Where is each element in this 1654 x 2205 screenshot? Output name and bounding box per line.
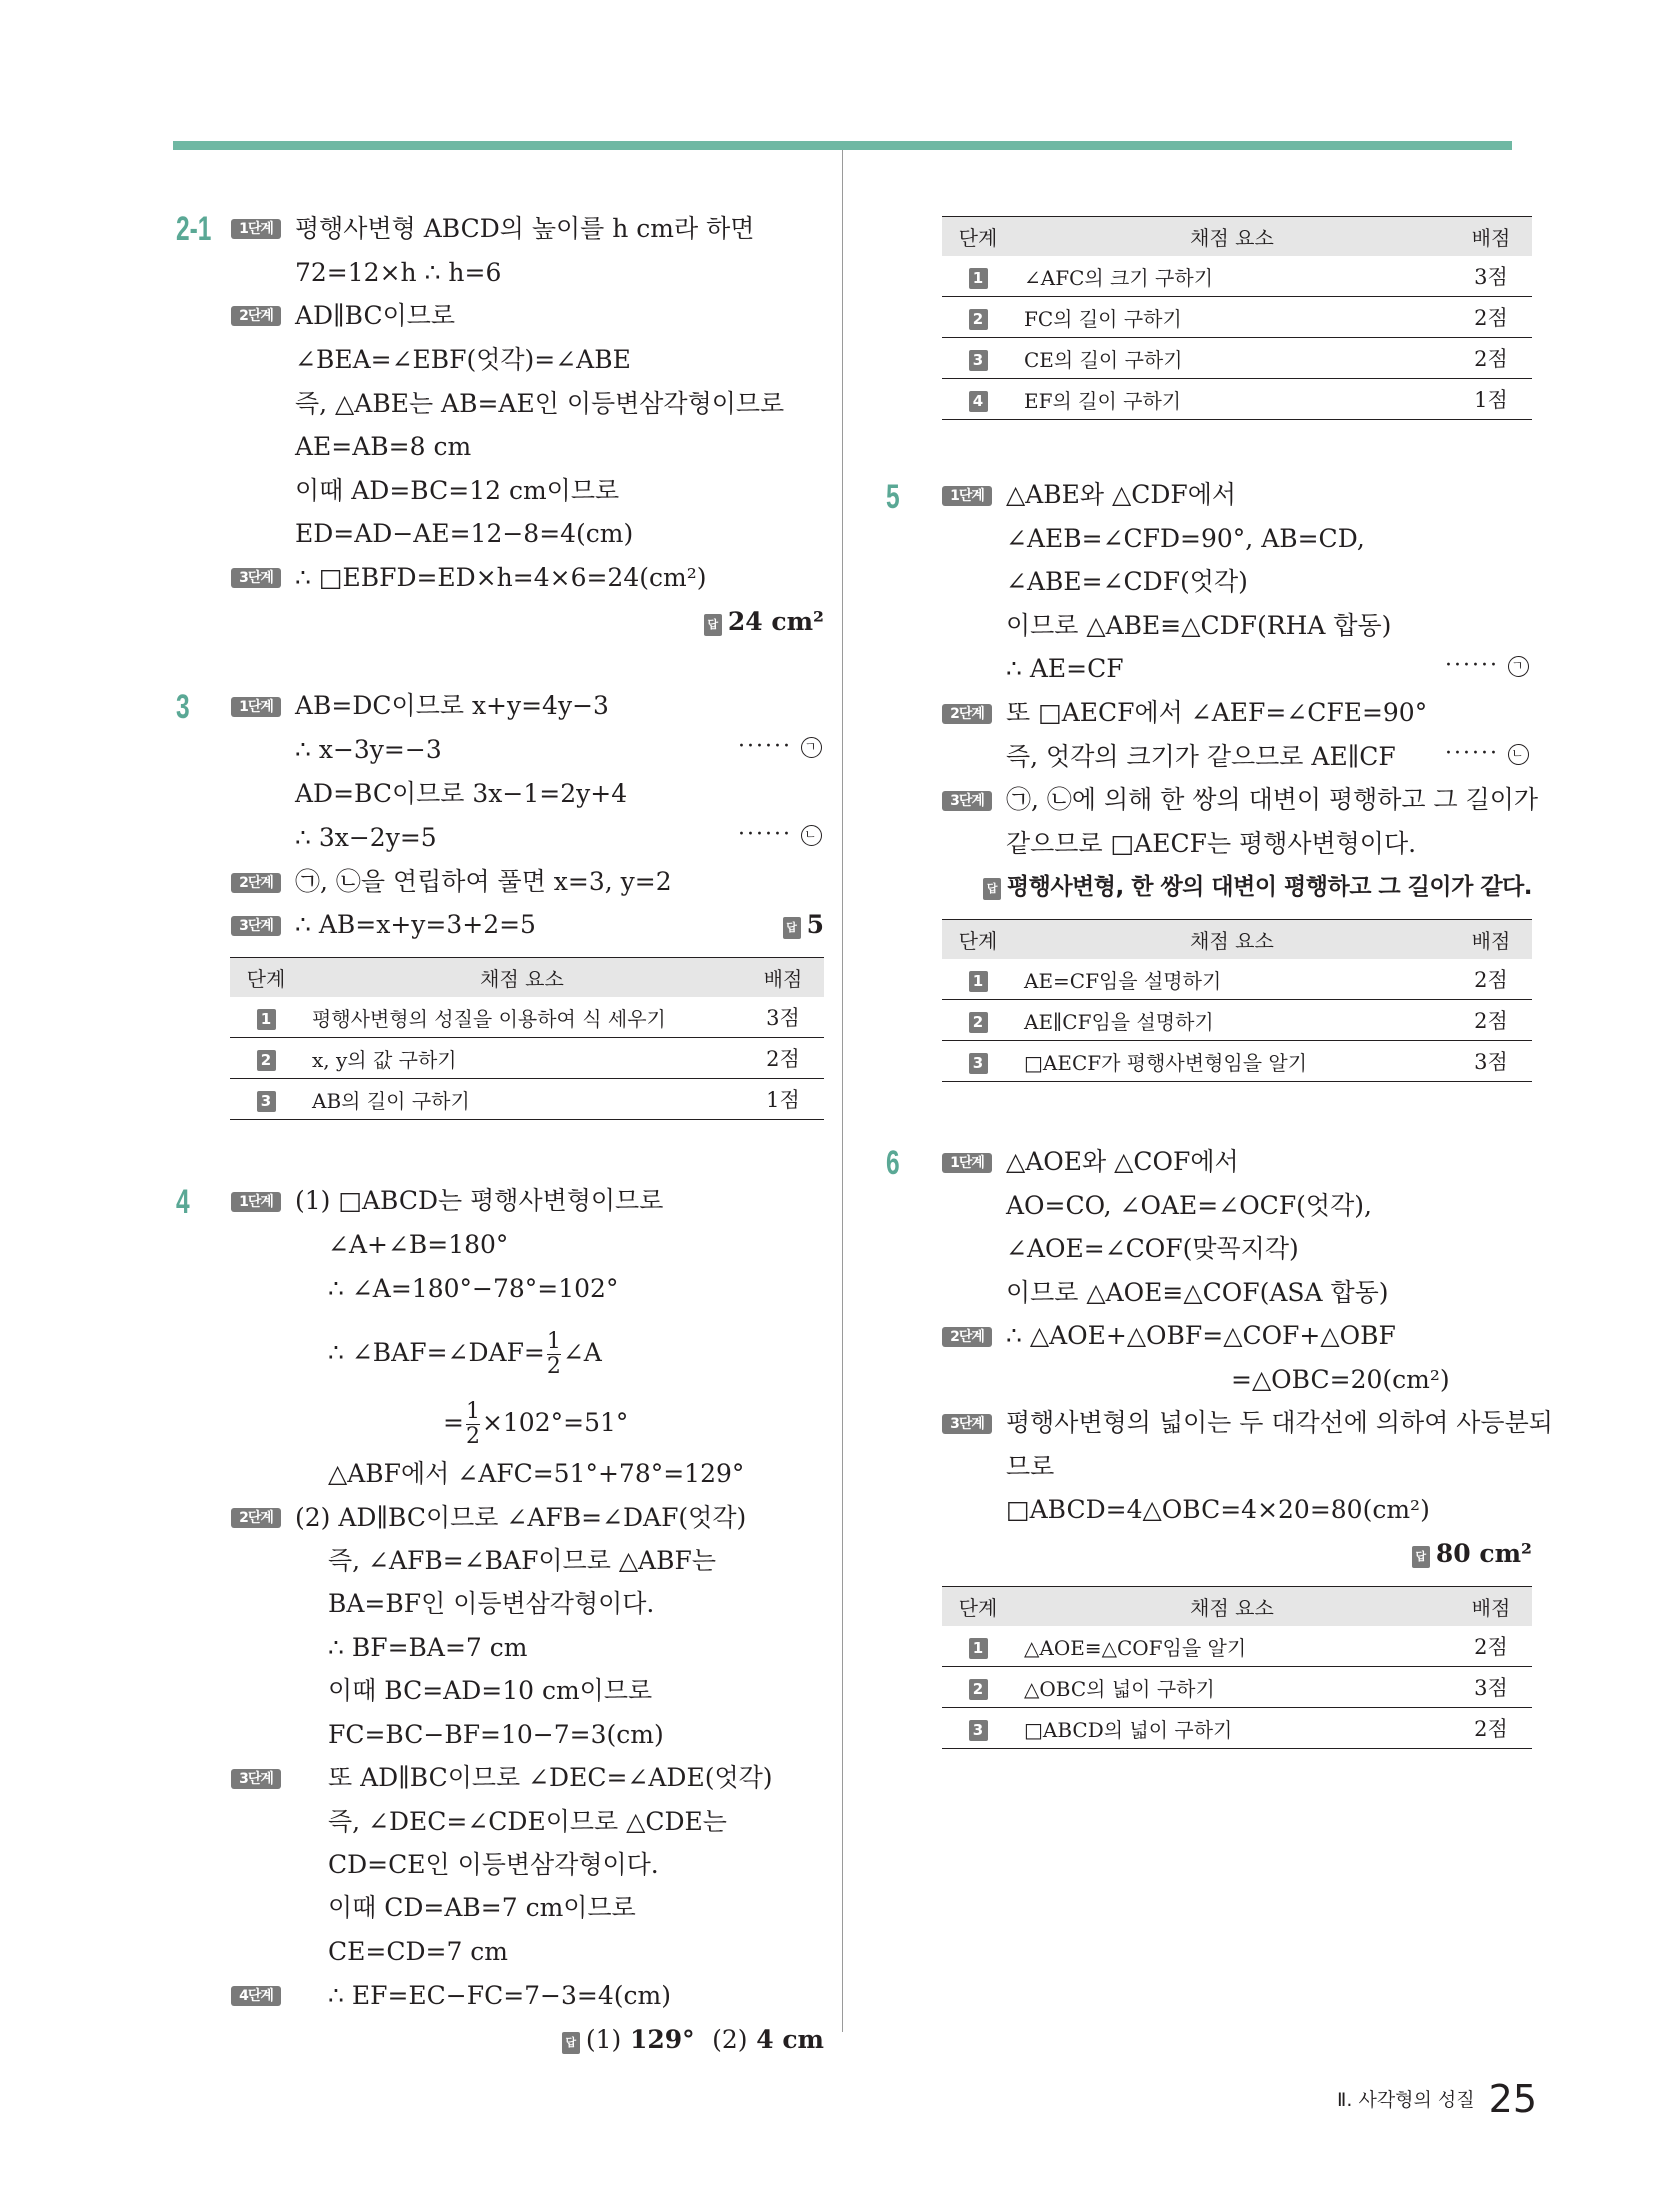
header-element: 채점 요소 bbox=[1014, 1587, 1450, 1627]
answer: 답24 cm² bbox=[704, 606, 824, 638]
answer-value: 80 cm² bbox=[1436, 1539, 1532, 1568]
scoring-table: 단계 채점 요소 배점 1△AOE≡△COF임을 알기2점 2△OBC의 넓이 … bbox=[942, 1586, 1532, 1749]
table-row: 4EF의 길이 구하기1점 bbox=[942, 379, 1532, 420]
problem-number: 2-1 bbox=[176, 212, 211, 246]
solution-line: ∴ x−3y=−3 bbox=[295, 734, 442, 766]
table-row: 2AE∥CF임을 설명하기2점 bbox=[942, 1000, 1532, 1041]
answer: 답5 bbox=[783, 909, 824, 941]
marker-giyeok: ㄱ bbox=[801, 737, 822, 758]
table-row: 3□ABCD의 넓이 구하기2점 bbox=[942, 1708, 1532, 1749]
marker-nieun: ㄴ bbox=[1508, 744, 1529, 765]
header-element: 채점 요소 bbox=[1014, 217, 1450, 257]
answer-value: 5 bbox=[807, 910, 824, 939]
solution-line: 므로 bbox=[1006, 1451, 1054, 1483]
step-badge-1: 1단계 bbox=[942, 1153, 992, 1173]
solution-line: =△OBC=20(cm²) bbox=[1231, 1364, 1450, 1396]
header-element: 채점 요소 bbox=[1014, 920, 1450, 960]
step-badge-3: 3단계 bbox=[942, 1414, 992, 1434]
solution-line: (2) AD∥BC이므로 ∠AFB=∠DAF(엇각) bbox=[295, 1502, 746, 1534]
table-row: 1평행사변형의 성질을 이용하여 식 세우기3점 bbox=[230, 997, 824, 1038]
step-badge-3: 3단계 bbox=[231, 916, 281, 936]
step-badge-1: 1단계 bbox=[942, 486, 992, 506]
header-step: 단계 bbox=[942, 920, 1014, 960]
header-accent-bar bbox=[173, 141, 1512, 150]
solution-line: ∴ △AOE+△OBF=△COF+△OBF bbox=[1006, 1320, 1396, 1352]
step-badge-1: 1단계 bbox=[231, 697, 281, 717]
header-step: 단계 bbox=[942, 217, 1014, 257]
answer: 답평행사변형, 한 쌍의 대변이 평행하고 그 길이가 같다. bbox=[983, 871, 1532, 903]
table-row: 2FC의 길이 구하기2점 bbox=[942, 297, 1532, 338]
solution-line: 이때 AD=BC=12 cm이므로 bbox=[295, 475, 619, 507]
scoring-table: 단계 채점 요소 배점 1AE=CF임을 설명하기2점 2AE∥CF임을 설명하… bbox=[942, 919, 1532, 1082]
solution-line: ∠AEB=∠CFD=90°, AB=CD, bbox=[1006, 523, 1365, 555]
equation-marker: ······ ㄱ bbox=[738, 734, 822, 759]
solution-line: AB=DC이므로 x+y=4y−3 bbox=[295, 690, 609, 722]
table-row: 1AE=CF임을 설명하기2점 bbox=[942, 959, 1532, 1000]
problem-number: 5 bbox=[886, 480, 900, 514]
step-badge-1: 1단계 bbox=[231, 219, 281, 239]
solution-line: =12×102°=51° bbox=[443, 1400, 628, 1449]
header-points: 배점 bbox=[1450, 217, 1532, 257]
solution-line: ㉠, ㉡에 의해 한 쌍의 대변이 평행하고 그 길이가 bbox=[1006, 784, 1538, 816]
step-badge-3: 3단계 bbox=[231, 1769, 281, 1789]
answer: 답(1) 129° (2) 4 cm bbox=[562, 2024, 824, 2056]
solution-line: ∴ AE=CF bbox=[1006, 653, 1124, 685]
equation-marker: ······ ㄱ bbox=[1445, 653, 1529, 678]
solution-line: AO=CO, ∠OAE=∠OCF(엇각), bbox=[1006, 1190, 1372, 1222]
solution-line: ∠A+∠B=180° bbox=[328, 1229, 508, 1261]
marker-giyeok: ㄱ bbox=[1508, 656, 1529, 677]
solution-line: AE=AB=8 cm bbox=[295, 431, 471, 463]
solution-line: 이므로 △AOE≡△COF(ASA 합동) bbox=[1006, 1277, 1389, 1309]
step-badge-3: 3단계 bbox=[231, 568, 281, 588]
solution-line: 즉, ∠AFB=∠BAF이므로 △ABF는 bbox=[328, 1545, 716, 1577]
solution-line: 이때 CD=AB=7 cm이므로 bbox=[328, 1892, 636, 1924]
solution-line: 즉, ∠DEC=∠CDE이므로 △CDE는 bbox=[328, 1806, 727, 1838]
table-row: 2△OBC의 넓이 구하기3점 bbox=[942, 1667, 1532, 1708]
equation-marker: ······ ㄴ bbox=[738, 822, 822, 847]
answer-icon: 답 bbox=[562, 2032, 580, 2054]
header-step: 단계 bbox=[230, 958, 302, 998]
solution-line: ∴ BF=BA=7 cm bbox=[328, 1632, 527, 1664]
solution-line: 72=12×h ∴ h=6 bbox=[295, 257, 501, 289]
answer-icon: 답 bbox=[983, 878, 1001, 900]
solution-line: 즉, 엇각의 크기가 같으므로 AE∥CF bbox=[1006, 741, 1396, 773]
header-points: 배점 bbox=[742, 958, 824, 998]
answer: 답80 cm² bbox=[1412, 1538, 1532, 1570]
solution-line: ∴ □EBFD=ED×h=4×6=24(cm²) bbox=[295, 562, 706, 594]
solution-line: FC=BC−BF=10−7=3(cm) bbox=[328, 1719, 664, 1751]
answer-icon: 답 bbox=[783, 917, 801, 939]
step-badge-1: 1단계 bbox=[231, 1192, 281, 1212]
solution-line: ∠ABE=∠CDF(엇각) bbox=[1006, 566, 1248, 598]
solution-line: ∴ AB=x+y=3+2=5 bbox=[295, 909, 536, 941]
table-row: 3□AECF가 평행사변형임을 알기3점 bbox=[942, 1041, 1532, 1082]
solution-line: 같으므로 □AECF는 평행사변형이다. bbox=[1006, 828, 1416, 860]
solution-line: 이므로 △ABE≡△CDF(RHA 합동) bbox=[1006, 610, 1391, 642]
equation-marker: ······ ㄴ bbox=[1445, 741, 1529, 766]
solution-line: CE=CD=7 cm bbox=[328, 1936, 508, 1968]
answer-value: 평행사변형, 한 쌍의 대변이 평행하고 그 길이가 같다. bbox=[1007, 874, 1532, 900]
step-badge-4: 4단계 bbox=[231, 1986, 281, 2006]
solution-line: ∠AOE=∠COF(맞꼭지각) bbox=[1006, 1233, 1299, 1265]
solution-line: ∴ 3x−2y=5 bbox=[295, 822, 437, 854]
step-badge-2: 2단계 bbox=[231, 1508, 281, 1528]
solution-line: 이때 BC=AD=10 cm이므로 bbox=[328, 1675, 652, 1707]
page-footer: Ⅱ. 사각형의 성질25 bbox=[1337, 2077, 1537, 2121]
answer-icon: 답 bbox=[1412, 1546, 1430, 1568]
solution-line: ㉠, ㉡을 연립하여 풀면 x=3, y=2 bbox=[295, 866, 672, 898]
solution-line: 평행사변형의 넓이는 두 대각선에 의하여 사등분되 bbox=[1006, 1407, 1553, 1439]
problem-number: 6 bbox=[886, 1146, 900, 1180]
solution-line: BA=BF인 이등변삼각형이다. bbox=[328, 1588, 654, 1620]
solution-line: ∴ ∠BAF=∠DAF=12∠A bbox=[328, 1330, 602, 1379]
header-points: 배점 bbox=[1450, 920, 1532, 960]
header-step: 단계 bbox=[942, 1587, 1014, 1627]
step-badge-2: 2단계 bbox=[942, 1327, 992, 1347]
table-row: 2x, y의 값 구하기2점 bbox=[230, 1038, 824, 1079]
solution-line: AD=BC이므로 3x−1=2y+4 bbox=[295, 778, 627, 810]
answer-icon: 답 bbox=[704, 614, 722, 636]
step-badge-3: 3단계 bbox=[942, 791, 992, 811]
header-element: 채점 요소 bbox=[302, 958, 742, 998]
step-badge-2: 2단계 bbox=[231, 306, 281, 326]
answer-value: 24 cm² bbox=[728, 607, 824, 636]
fraction: 12 bbox=[547, 1330, 561, 1379]
solution-line: ∠BEA=∠EBF(엇각)=∠ABE bbox=[295, 344, 631, 376]
table-row: 1∠AFC의 크기 구하기3점 bbox=[942, 256, 1532, 297]
step-badge-2: 2단계 bbox=[942, 704, 992, 724]
solution-line: 또 □AECF에서 ∠AEF=∠CFE=90° bbox=[1006, 697, 1427, 729]
solution-line: ∴ ∠A=180°−78°=102° bbox=[328, 1273, 618, 1305]
solution-line: □ABCD=4△OBC=4×20=80(cm²) bbox=[1006, 1494, 1430, 1526]
solution-line: ∴ EF=EC−FC=7−3=4(cm) bbox=[328, 1980, 671, 2012]
table-row: 3AB의 길이 구하기1점 bbox=[230, 1079, 824, 1120]
header-points: 배점 bbox=[1450, 1587, 1532, 1627]
solution-line: 즉, △ABE는 AB=AE인 이등변삼각형이므로 bbox=[295, 388, 784, 420]
solution-line: △ABE와 △CDF에서 bbox=[1006, 479, 1236, 511]
solution-line: (1) □ABCD는 평행사변형이므로 bbox=[295, 1185, 663, 1217]
solution-line: CD=CE인 이등변삼각형이다. bbox=[328, 1849, 659, 1881]
table-row: 3CE의 길이 구하기2점 bbox=[942, 338, 1532, 379]
solution-line: AD∥BC이므로 bbox=[295, 300, 455, 332]
solution-line: ED=AD−AE=12−8=4(cm) bbox=[295, 518, 633, 550]
fraction: 12 bbox=[466, 1400, 480, 1449]
solution-line: 평행사변형 ABCD의 높이를 h cm라 하면 bbox=[295, 213, 754, 245]
solution-line: △ABF에서 ∠AFC=51°+78°=129° bbox=[328, 1458, 744, 1490]
scoring-table: 단계 채점 요소 배점 1평행사변형의 성질을 이용하여 식 세우기3점 2x,… bbox=[230, 957, 824, 1120]
scoring-table-q4: 단계 채점 요소 배점 1∠AFC의 크기 구하기3점 2FC의 길이 구하기2… bbox=[942, 216, 1532, 420]
table-row: 1△AOE≡△COF임을 알기2점 bbox=[942, 1626, 1532, 1667]
step-badge-2: 2단계 bbox=[231, 873, 281, 893]
solution-line: 또 AD∥BC이므로 ∠DEC=∠ADE(엇각) bbox=[328, 1762, 773, 1794]
column-divider bbox=[842, 150, 843, 2032]
chapter-title: Ⅱ. 사각형의 성질 bbox=[1337, 2089, 1475, 2111]
page-number: 25 bbox=[1489, 2077, 1537, 2121]
problem-number: 4 bbox=[176, 1185, 190, 1219]
marker-nieun: ㄴ bbox=[801, 825, 822, 846]
solution-line: △AOE와 △COF에서 bbox=[1006, 1146, 1239, 1178]
problem-number: 3 bbox=[176, 690, 190, 724]
